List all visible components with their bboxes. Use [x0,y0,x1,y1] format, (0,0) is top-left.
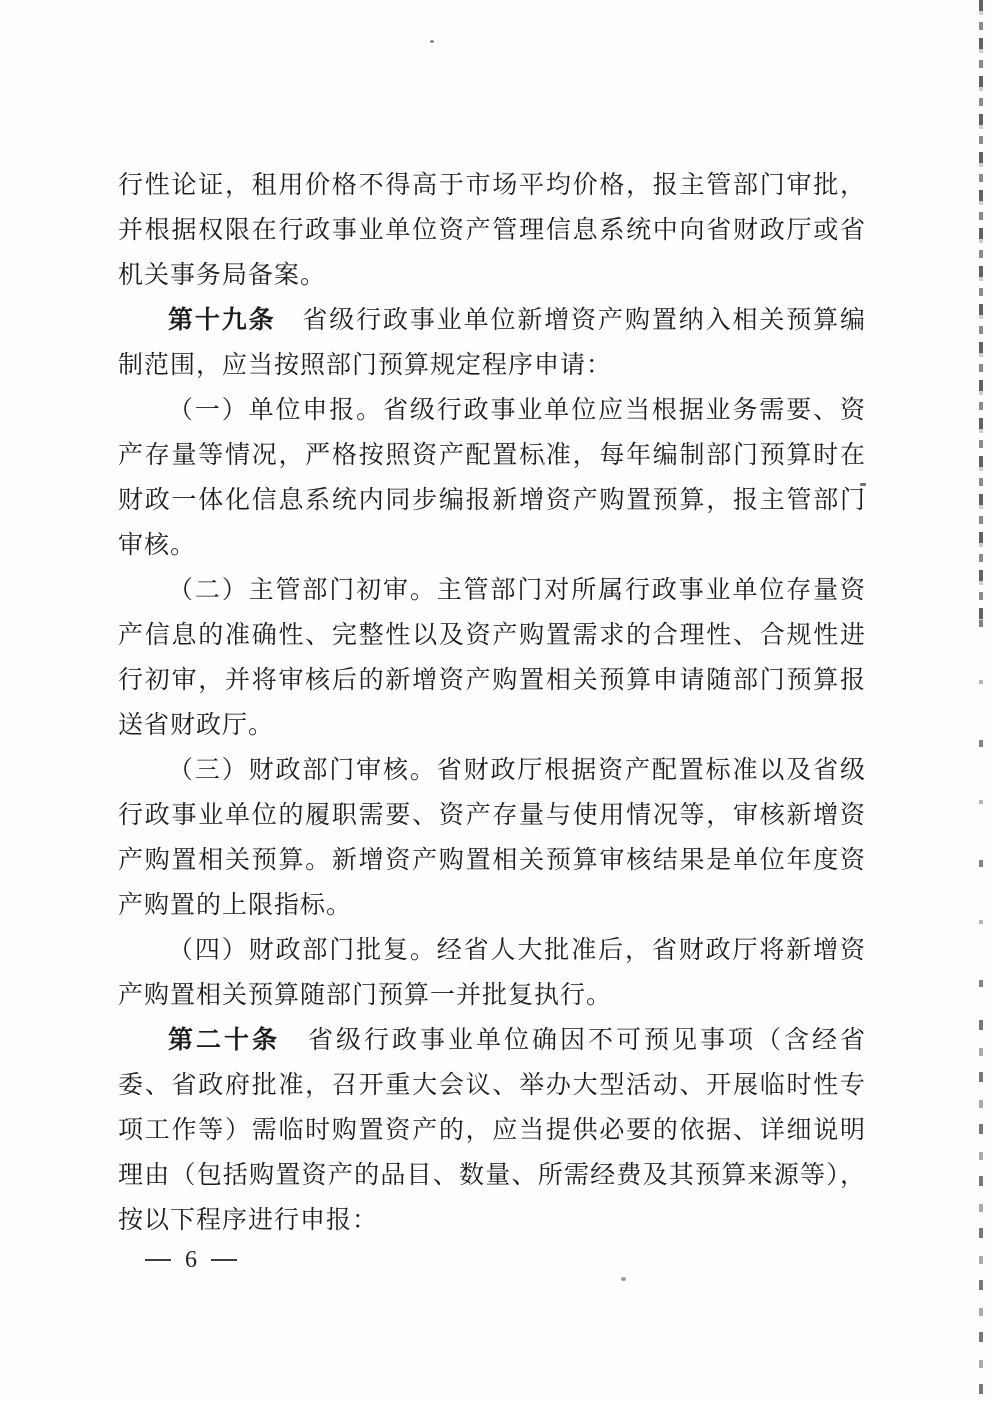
item-3-line: （三）财政部门审核。省财政厅根据资产配置标准以及省级 [118,748,866,793]
text-line: 制范围，应当按照部门预算规定程序申请： [118,343,866,388]
item-2-line: （二）主管部门初审。主管部门对所属行政事业单位存量资 [118,568,866,613]
text-line: 产购置的上限指标。 [118,883,866,928]
scanned-document-page: 行性论证，租用价格不得高于市场平均价格，报主管部门审批， 并根据权限在行政事业单… [0,0,990,1401]
text-line: 财政一体化信息系统内同步编报新增资产购置预算，报主管部门 [118,478,866,523]
scan-edge-artifact-bottom [979,1020,983,1401]
scan-speck [860,483,866,486]
article-20-number: 第二十条 [168,1027,280,1054]
scan-speck [542,462,545,465]
text-line: 送省财政厅。 [118,703,866,748]
text-line: 行性论证，租用价格不得高于市场平均价格，报主管部门审批， [118,163,866,208]
scan-edge-artifact-middle [979,620,983,1020]
text-line: 产购置相关预算。新增资产购置相关预算审核结果是单位年度资 [118,838,866,883]
text-line: 产存量等情况，严格按照资产配置标准，每年编制部门预算时在 [118,433,866,478]
item-4-line: （四）财政部门批复。经省人大批准后，省财政厅将新增资 [118,928,866,973]
text-line: 理由（包括购置资产的品目、数量、所需经费及其预算来源等）， [118,1153,866,1198]
scan-speck [621,1277,626,1281]
document-body: 行性论证，租用价格不得高于市场平均价格，报主管部门审批， 并根据权限在行政事业单… [118,163,866,1243]
text-line: 按以下程序进行申报： [118,1198,866,1243]
text-line: 产购置相关预算随部门预算一并批复执行。 [118,973,866,1018]
article-19-heading-line: 第十九条 省级行政事业单位新增资产购置纳入相关预算编 [118,298,866,343]
page-number: 6 [185,1248,197,1272]
item-1-line: （一）单位申报。省级行政事业单位应当根据业务需要、资 [118,388,866,433]
footer-right-dash [211,1259,237,1261]
text-line: 项工作等）需临时购置资产的，应当提供必要的依据、详细说明 [118,1108,866,1153]
text-line: 行初审，并将审核后的新增资产购置相关预算申请随部门预算报 [118,658,866,703]
article-19-number: 第十九条 [168,307,276,334]
text-line: 行政事业单位的履职需要、资产存量与使用情况等，审核新增资 [118,793,866,838]
page-number-footer: 6 [145,1248,237,1272]
article-20-heading-line: 第二十条 省级行政事业单位确因不可预见事项（含经省 [118,1018,866,1063]
text-line: 审核。 [118,523,866,568]
footer-left-dash [145,1259,171,1261]
text-line: 产信息的准确性、完整性以及资产购置需求的合理性、合规性进 [118,613,866,658]
scan-edge-artifact-top [979,0,983,620]
text-line: 机关事务局备案。 [118,253,866,298]
text-line: 并根据权限在行政事业单位资产管理信息系统中向省财政厅或省 [118,208,866,253]
text-line: 委、省政府批准，召开重大会议、举办大型活动、开展临时性专 [118,1063,866,1108]
scan-speck [430,40,434,43]
